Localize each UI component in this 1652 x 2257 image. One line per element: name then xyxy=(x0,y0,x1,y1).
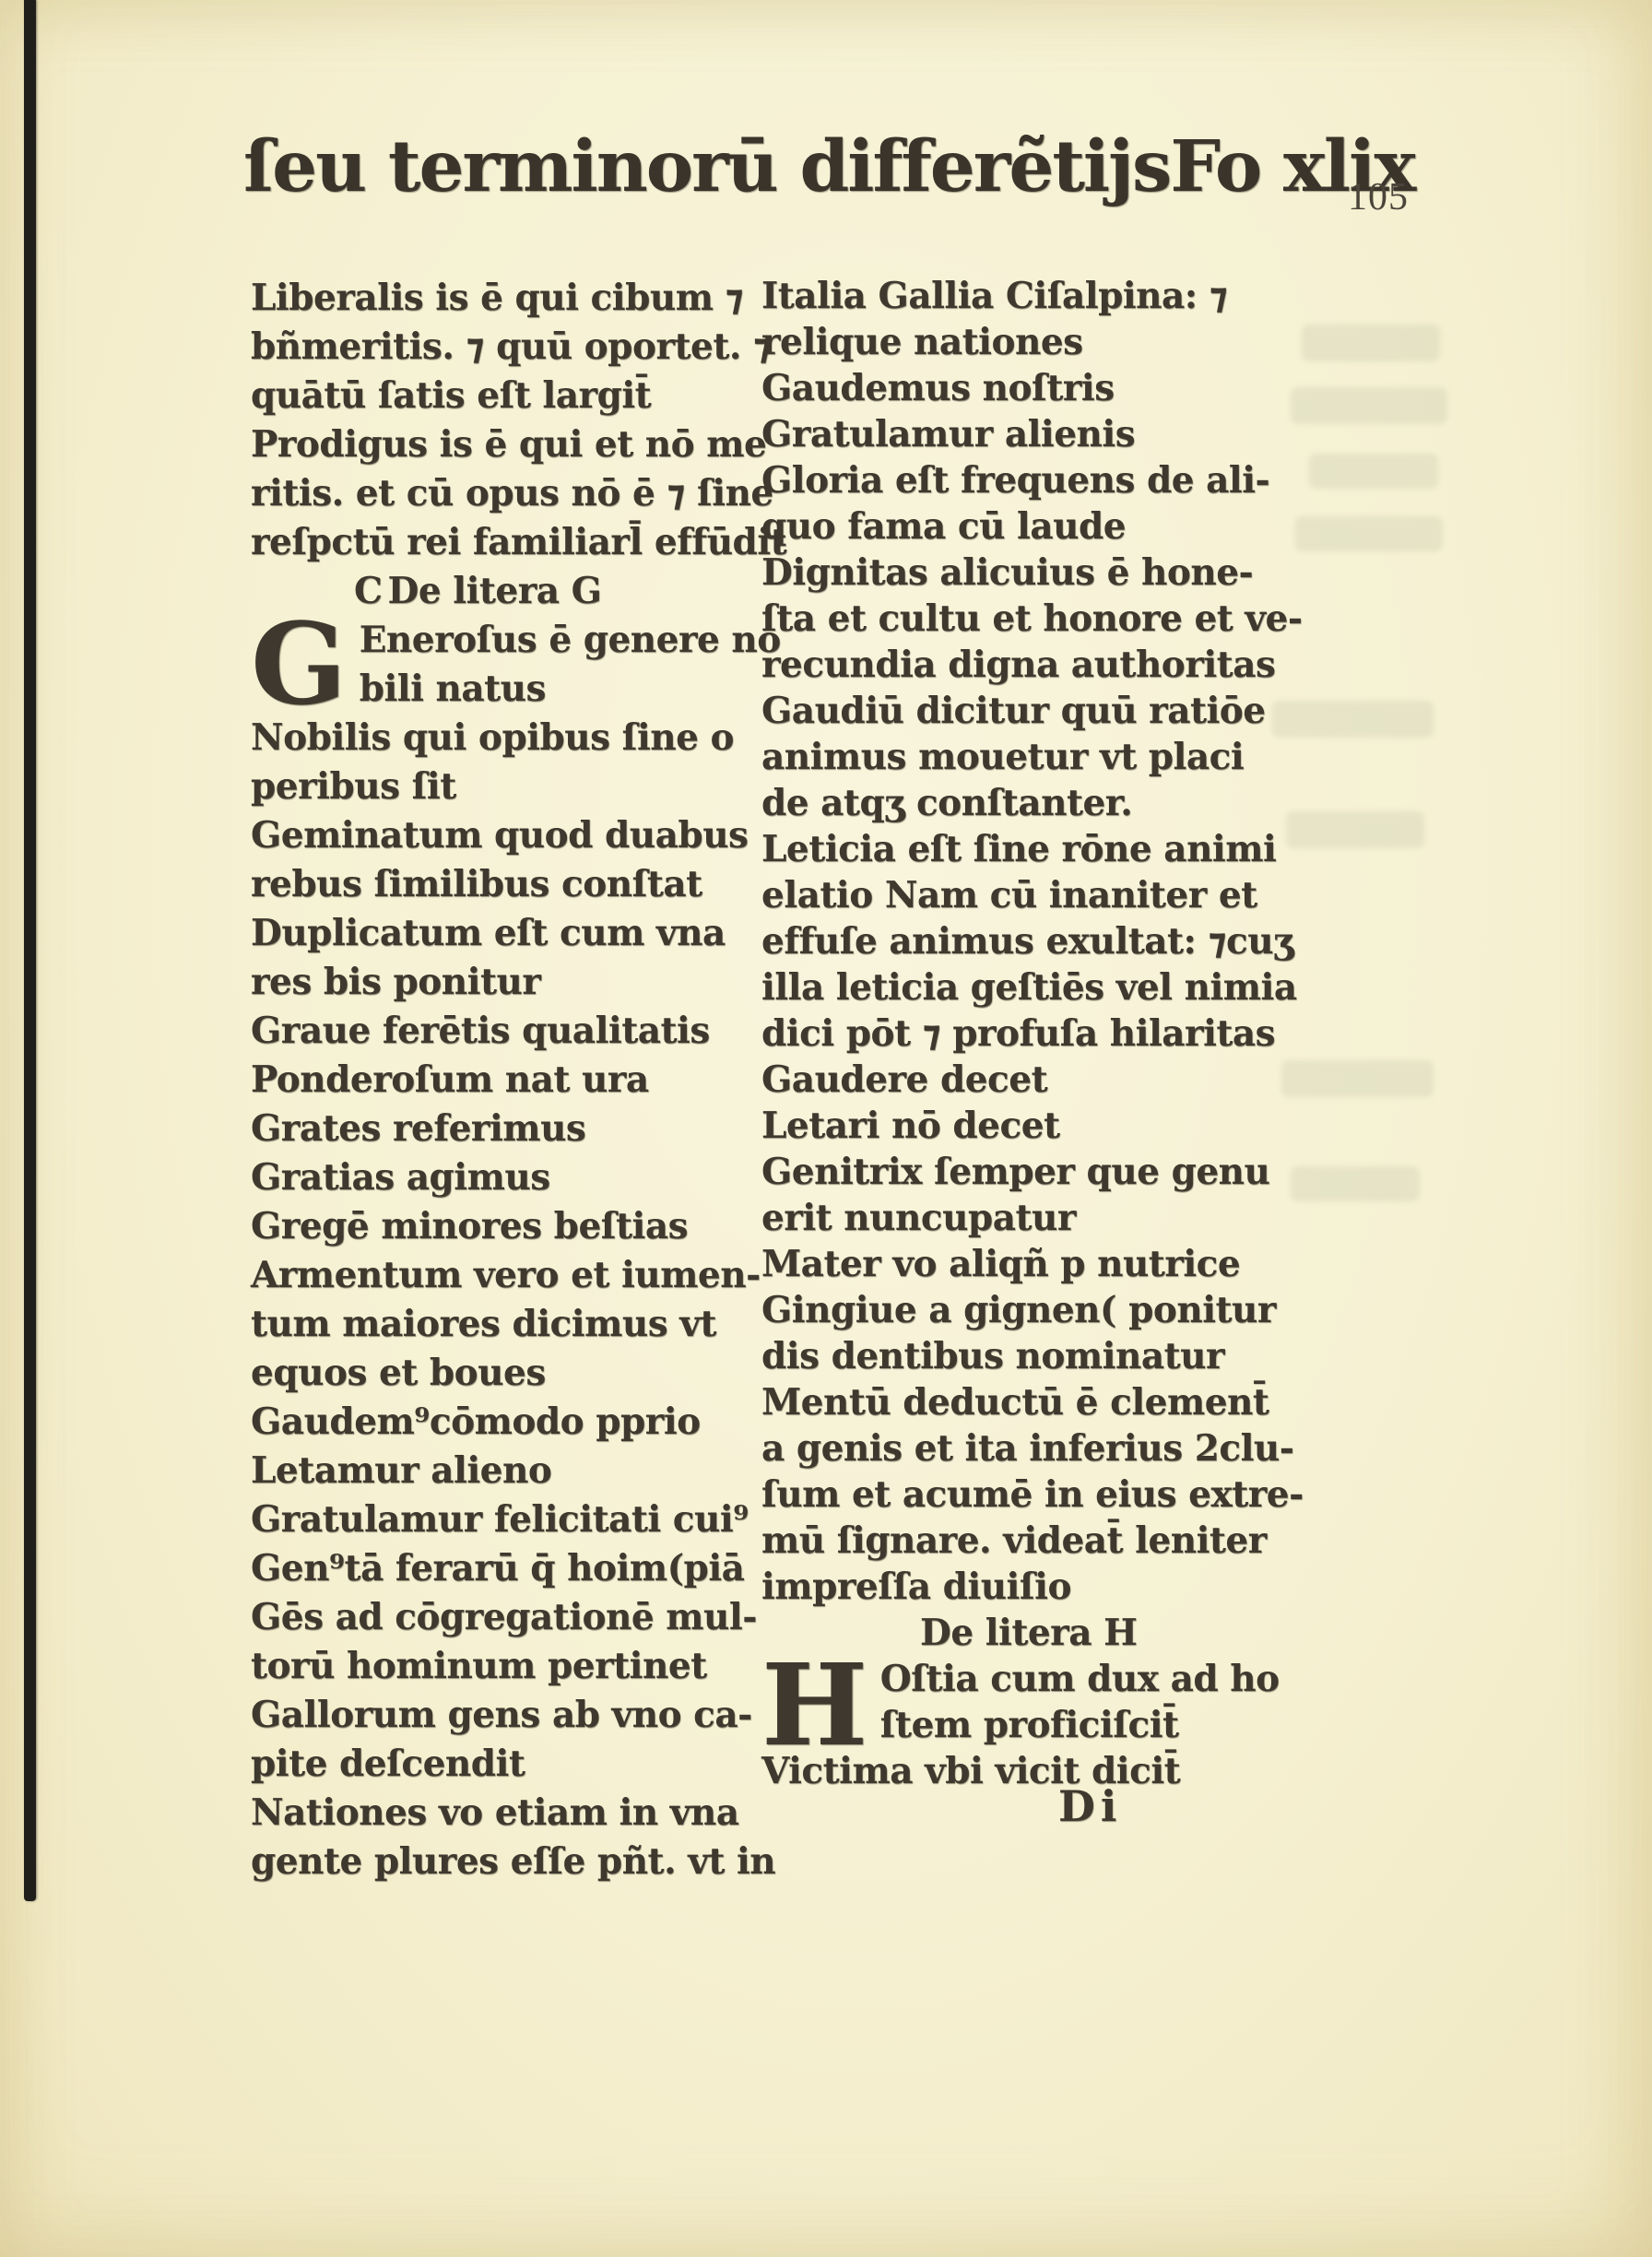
text-line: de atqʒ conſtanter. xyxy=(761,781,1307,827)
text-line: dis dentibus nominatur xyxy=(761,1334,1307,1380)
text-line: Mentū deductū ē clement̄ xyxy=(761,1380,1307,1426)
text-line: Victima vbi vicit dicit̄ xyxy=(761,1749,1307,1795)
book-page-scan: ſeu terminorū differẽtijs Fo xlix 105 Li… xyxy=(0,0,1652,2257)
drop-initial-letter: G xyxy=(251,620,347,708)
text-line: mū ſignare. videat̄ leniter xyxy=(761,1518,1307,1565)
text-line: Italia Gallia Ciſalpina: ⁊ xyxy=(761,274,1307,320)
text-line: Nationes vo etiam in vna xyxy=(251,1789,767,1838)
show-through-artifact xyxy=(1309,454,1438,489)
text-line: peribus ſit xyxy=(251,762,767,811)
text-line: Armentum vero et iumen- xyxy=(251,1251,767,1300)
text-line: Letamur alieno xyxy=(251,1447,767,1495)
show-through-artifact xyxy=(1291,1166,1420,1201)
scan-edge-artifact xyxy=(24,0,36,1901)
text-line: Gaudere decet xyxy=(761,1058,1307,1104)
drop-initial-block: HOſtia cum dux ad hoſtem proficiſcit̄ xyxy=(761,1657,1307,1749)
text-line: Geminatum quod duabus xyxy=(251,811,767,860)
text-line: res bis ponitur xyxy=(251,958,767,1007)
text-line: pite deſcendit xyxy=(251,1740,767,1789)
show-through-artifact xyxy=(1291,387,1447,424)
text-line: Liberalis is ē qui cibum ⁊ xyxy=(251,274,767,323)
section-heading: De litera H xyxy=(920,1611,1307,1657)
text-line: Gallorum gens ab vno ca- xyxy=(251,1691,767,1740)
text-line: Graue ferētis qualitatis xyxy=(251,1007,767,1056)
text-line: erit nuncupatur xyxy=(761,1196,1307,1242)
text-line: bili natus xyxy=(360,665,781,714)
capitulum-mark: C xyxy=(354,570,383,612)
text-line: Gaudemus noſtris xyxy=(761,366,1307,412)
text-line: Gratias agimus xyxy=(251,1153,767,1202)
text-line: Eneroſus ē genere no xyxy=(360,616,781,665)
section-heading: CDe litera G xyxy=(354,567,767,616)
show-through-artifact xyxy=(1302,325,1440,361)
catchword: Di xyxy=(1058,1781,1122,1831)
text-line: animus mouetur vt placi xyxy=(761,735,1307,781)
drop-initial-block: GEneroſus ē genere nobili natus xyxy=(251,616,767,714)
left-column: Liberalis is ē qui cibum ⁊bñmeritis. ⁊ q… xyxy=(251,274,767,1886)
text-line: Gaudiū dicitur quū ratiōe xyxy=(761,689,1307,735)
text-line: Gregē minores beſtias xyxy=(251,1202,767,1251)
text-line: impreſſa diuiſio xyxy=(761,1565,1307,1611)
text-line: bñmeritis. ⁊ quū oportet. ⁊ xyxy=(251,323,767,372)
text-line: Dignitas alicuius ē hone- xyxy=(761,550,1307,597)
text-line: recundia digna authoritas xyxy=(761,643,1307,689)
show-through-artifact xyxy=(1286,811,1424,848)
drop-initial-letter: H xyxy=(761,1660,867,1749)
text-line: reſpctū rei familiarl̄ effūdit xyxy=(251,518,767,567)
text-line: Prodigus is ē qui et nō me xyxy=(251,420,767,469)
running-header: ſeu terminorū differẽtijs Fo xlix xyxy=(243,125,1283,208)
text-line: ſum et acumē in eius extre- xyxy=(761,1472,1307,1518)
text-line: tum maiores dicimus vt xyxy=(251,1300,767,1349)
text-line: Oſtia cum dux ad ho xyxy=(880,1657,1280,1703)
text-line: effuſe animus exultat: ⁊cuʒ xyxy=(761,919,1307,965)
text-line: Mater vo aliqñ p nutrice xyxy=(761,1242,1307,1288)
text-line: Genitrix ſemper que genu xyxy=(761,1150,1307,1196)
text-line: ſta et cultu et honore et ve- xyxy=(761,597,1307,643)
right-column: Italia Gallia Ciſalpina: ⁊relique nation… xyxy=(761,274,1307,1795)
text-line: Letari nō decet xyxy=(761,1104,1307,1150)
text-line: a genis et ita inferius 2clu- xyxy=(761,1426,1307,1472)
text-line: torū hominum pertinet xyxy=(251,1642,767,1691)
text-line: Gen⁹tā ferarū q̄ hoim(piā xyxy=(251,1544,767,1593)
text-line: ritis. et cū opus nō ē ⁊ ſine xyxy=(251,469,767,518)
text-line: Leticia eſt ſine rōne animi xyxy=(761,827,1307,873)
text-line: ſtem proficiſcit̄ xyxy=(880,1703,1280,1749)
show-through-artifact xyxy=(1295,516,1443,551)
show-through-artifact xyxy=(1272,701,1434,738)
text-line: Gingiue a gignen( ponitur xyxy=(761,1288,1307,1334)
text-line: Gaudem⁹cōmodo pprio xyxy=(251,1398,767,1447)
text-line: elatio Nam cū inaniter et xyxy=(761,873,1307,919)
text-line: Ponderoſum nat ura xyxy=(251,1056,767,1105)
text-line: relique nationes xyxy=(761,320,1307,366)
running-header-title: ſeu terminorū differẽtijs xyxy=(243,125,1170,208)
text-line: Grates referimus xyxy=(251,1105,767,1153)
text-line: equos et boues xyxy=(251,1349,767,1398)
text-line: gente plures eſſe pñt. vt in xyxy=(251,1838,767,1886)
text-line: dici pōt ⁊ profuſa hilaritas xyxy=(761,1011,1307,1058)
text-line: illa leticia geſtiēs vel nimia xyxy=(761,965,1307,1011)
text-line: rebus ſimilibus conſtat xyxy=(251,860,767,909)
text-line: Gēs ad cōgregationē mul- xyxy=(251,1593,767,1642)
text-line: quātū ſatis eſt largit̄ xyxy=(251,372,767,420)
show-through-artifact xyxy=(1281,1060,1434,1097)
text-line: Duplicatum eſt cum vna xyxy=(251,909,767,958)
text-line: Gratulamur felicitati cui⁹ xyxy=(251,1495,767,1544)
text-line: Gloria eſt frequens de ali- xyxy=(761,458,1307,504)
text-line: Gratulamur alienis xyxy=(761,412,1307,458)
page-number: 105 xyxy=(1348,175,1409,219)
text-line: Nobilis qui opibus ſine o xyxy=(251,714,767,762)
text-line: quo fama cū laude xyxy=(761,504,1307,550)
